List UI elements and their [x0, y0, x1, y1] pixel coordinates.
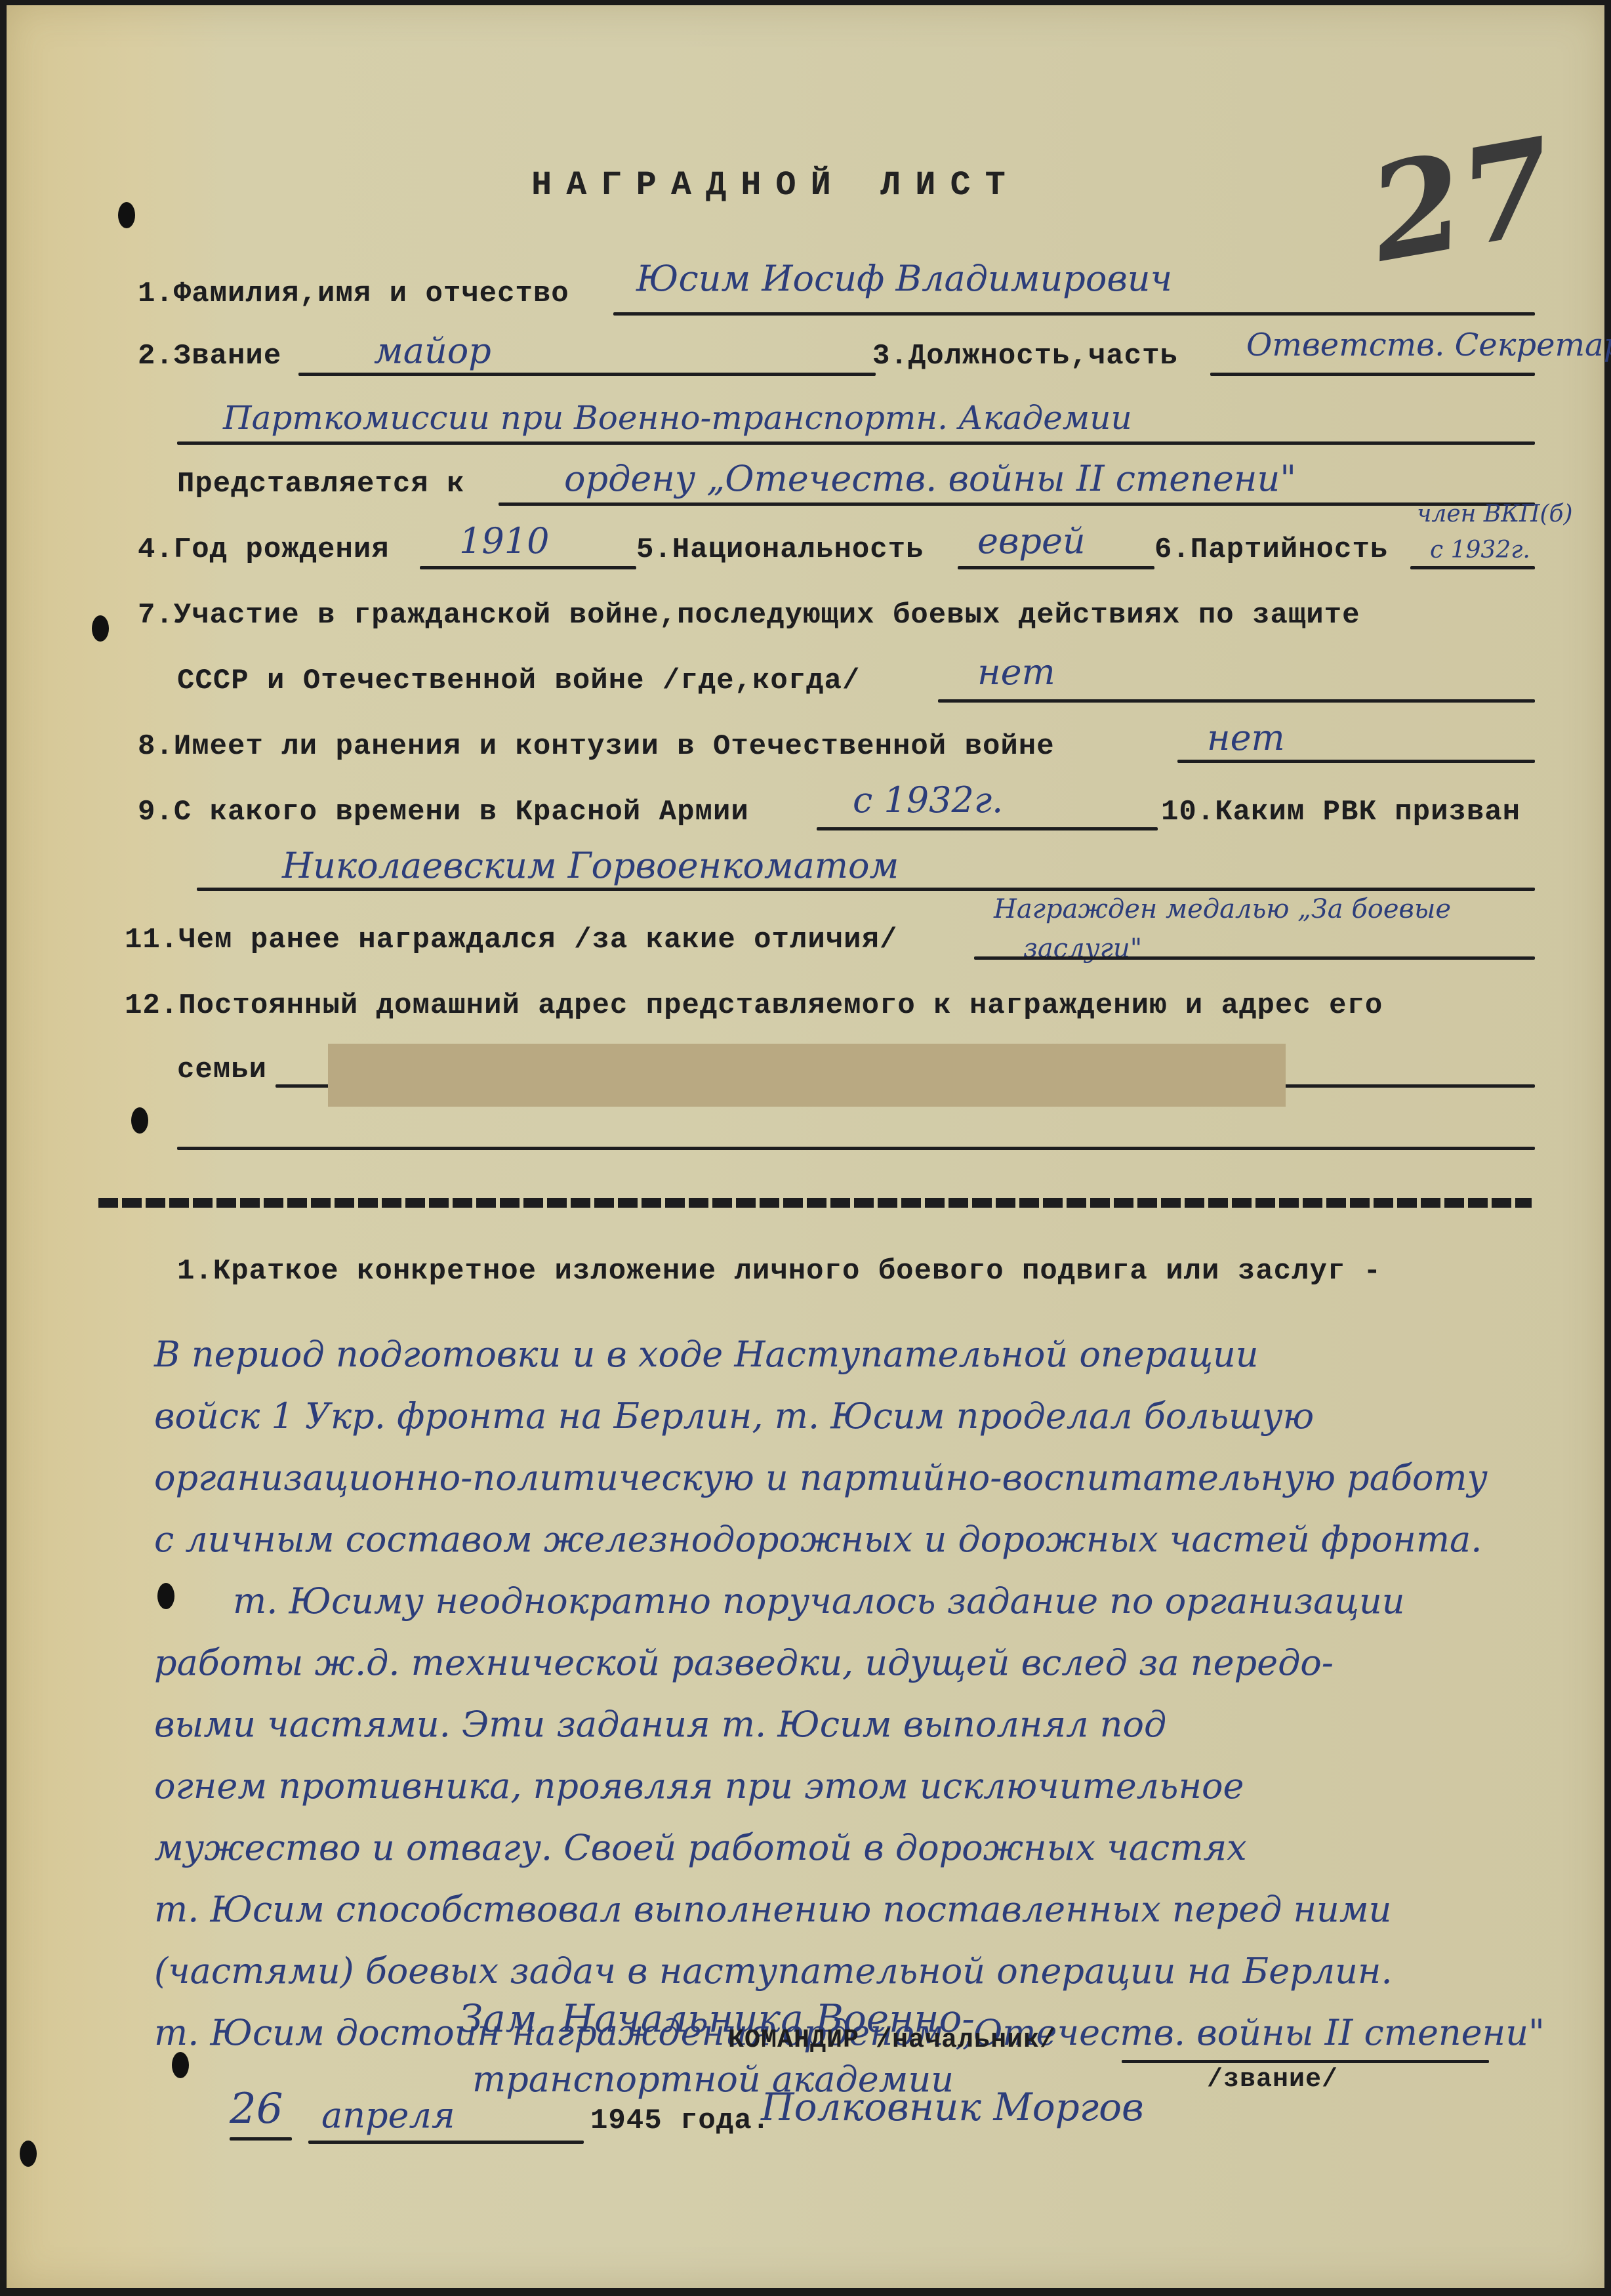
underline — [420, 566, 636, 569]
section-2-heading: 1.Краткое конкретное изложение личного б… — [177, 1255, 1381, 1288]
punch-hole — [92, 615, 109, 642]
corner-number-mark: 27 — [1359, 109, 1566, 293]
underline — [177, 441, 1535, 445]
field-7-value: нет — [977, 651, 1055, 693]
field-6-label: 6.Партийность — [1154, 533, 1388, 566]
presented-for-value: ордену „Отечеств. войны II степени" — [564, 458, 1296, 499]
underline — [1177, 760, 1535, 763]
field-8-value: нет — [1207, 717, 1285, 758]
underline — [938, 699, 1535, 703]
punch-hole — [20, 2141, 37, 2167]
field-1-value: Юсим Иосиф Владимирович — [636, 258, 1172, 299]
narrative-line: работы ж.д. технической разведки, идущей… — [154, 1632, 1591, 1694]
field-6-value-top: член ВКП(б) — [1417, 501, 1573, 527]
field-3-value-continued: Парткомиссии при Военно-транспортн. Акад… — [223, 399, 1132, 437]
date-year: 1945 года. — [590, 2104, 770, 2137]
underline — [197, 888, 1535, 891]
field-7-label-line2: СССР и Отечественной войне /где,когда/ — [177, 665, 860, 697]
date-day: 26 — [230, 2085, 283, 2133]
section-divider — [98, 1198, 1532, 1208]
field-9-value: с 1932г. — [853, 779, 1003, 821]
field-10-label: 10.Каким РВК призван — [1161, 796, 1520, 829]
field-7-label-line1: 7.Участие в гражданской войне,последующи… — [138, 599, 1360, 632]
underline — [974, 956, 1535, 960]
field-12-label-line2: семьи — [177, 1054, 267, 1086]
field-4-value: 1910 — [459, 520, 549, 562]
underline — [308, 2141, 584, 2144]
field-6-value: с 1932г. — [1430, 537, 1530, 564]
underline — [613, 312, 1535, 316]
field-8-label: 8.Имеет ли ранения и контузии в Отечеств… — [138, 730, 1055, 763]
narrative-line: с личным составом железнодорожных и доро… — [154, 1509, 1591, 1570]
date-month: апреля — [321, 2095, 455, 2136]
field-2-value: майор — [374, 330, 491, 371]
underline — [1410, 566, 1535, 569]
field-9-label: 9.С какого времени в Красной Армии — [138, 796, 749, 829]
commander-label: КОМАНДИР /начальник/ — [728, 2026, 1056, 2055]
field-5-label: 5.Национальность — [636, 533, 924, 566]
underline — [298, 373, 876, 376]
narrative-line: т. Юсим способствовал выполнению поставл… — [154, 1879, 1591, 1940]
narrative-line: т. Юсиму неоднократно поручалось задание… — [154, 1570, 1591, 1632]
narrative-line: войск 1 Укр. фронта на Берлин, т. Юсим п… — [154, 1385, 1591, 1447]
underline — [230, 2137, 292, 2141]
field-3-label: 3.Должность,часть — [872, 340, 1178, 373]
field-11-label: 11.Чем ранее награждался /за какие отлич… — [125, 924, 897, 956]
narrative-block: В период подготовки и в ходе Наступатель… — [154, 1324, 1591, 2064]
punch-hole — [131, 1107, 148, 1134]
underline — [1210, 373, 1535, 376]
field-3-value: Ответств. Секретарь — [1246, 327, 1611, 363]
field-5-value: еврей — [977, 520, 1086, 562]
field-12-label-line1: 12.Постоянный домашний адрес представляе… — [125, 989, 1383, 1022]
narrative-line: В период подготовки и в ходе Наступатель… — [154, 1324, 1591, 1385]
presented-for-label: Представляется к — [177, 468, 464, 501]
field-2-label: 2.Звание — [138, 340, 281, 373]
narrative-line: организационно-политическую и партийно-в… — [154, 1447, 1591, 1509]
redacted-address — [328, 1044, 1286, 1107]
field-1-label: 1.Фамилия,имя и отчество — [138, 277, 569, 310]
underline — [177, 1147, 1535, 1150]
punch-hole — [118, 202, 135, 228]
narrative-line: мужество и отвагу. Своей работой в дорож… — [154, 1817, 1591, 1879]
signature-underline — [1122, 2060, 1489, 2063]
signer-name: Полковник Моргов — [761, 2085, 1144, 2129]
field-11-value-top: Награжден медалью „За боевые — [994, 894, 1451, 924]
underline — [958, 566, 1154, 569]
field-4-label: 4.Год рождения — [138, 533, 390, 566]
document-title: НАГРАДНОЙ ЛИСТ — [531, 166, 1020, 205]
field-10-value: Николаевским Горвоенкоматом — [282, 845, 899, 886]
narrative-line: (частями) боевых задач в наступательной … — [154, 1940, 1591, 2002]
award-sheet-page: 27 НАГРАДНОЙ ЛИСТ 1.Фамилия,имя и отчест… — [7, 5, 1604, 2288]
narrative-line: огнем противника, проявляя при этом искл… — [154, 1755, 1591, 1817]
underline — [499, 502, 1535, 506]
rank-label: /звание/ — [1207, 2065, 1338, 2095]
narrative-line: выми частями. Эти задания т. Юсим выполн… — [154, 1694, 1591, 1755]
underline — [817, 827, 1158, 830]
